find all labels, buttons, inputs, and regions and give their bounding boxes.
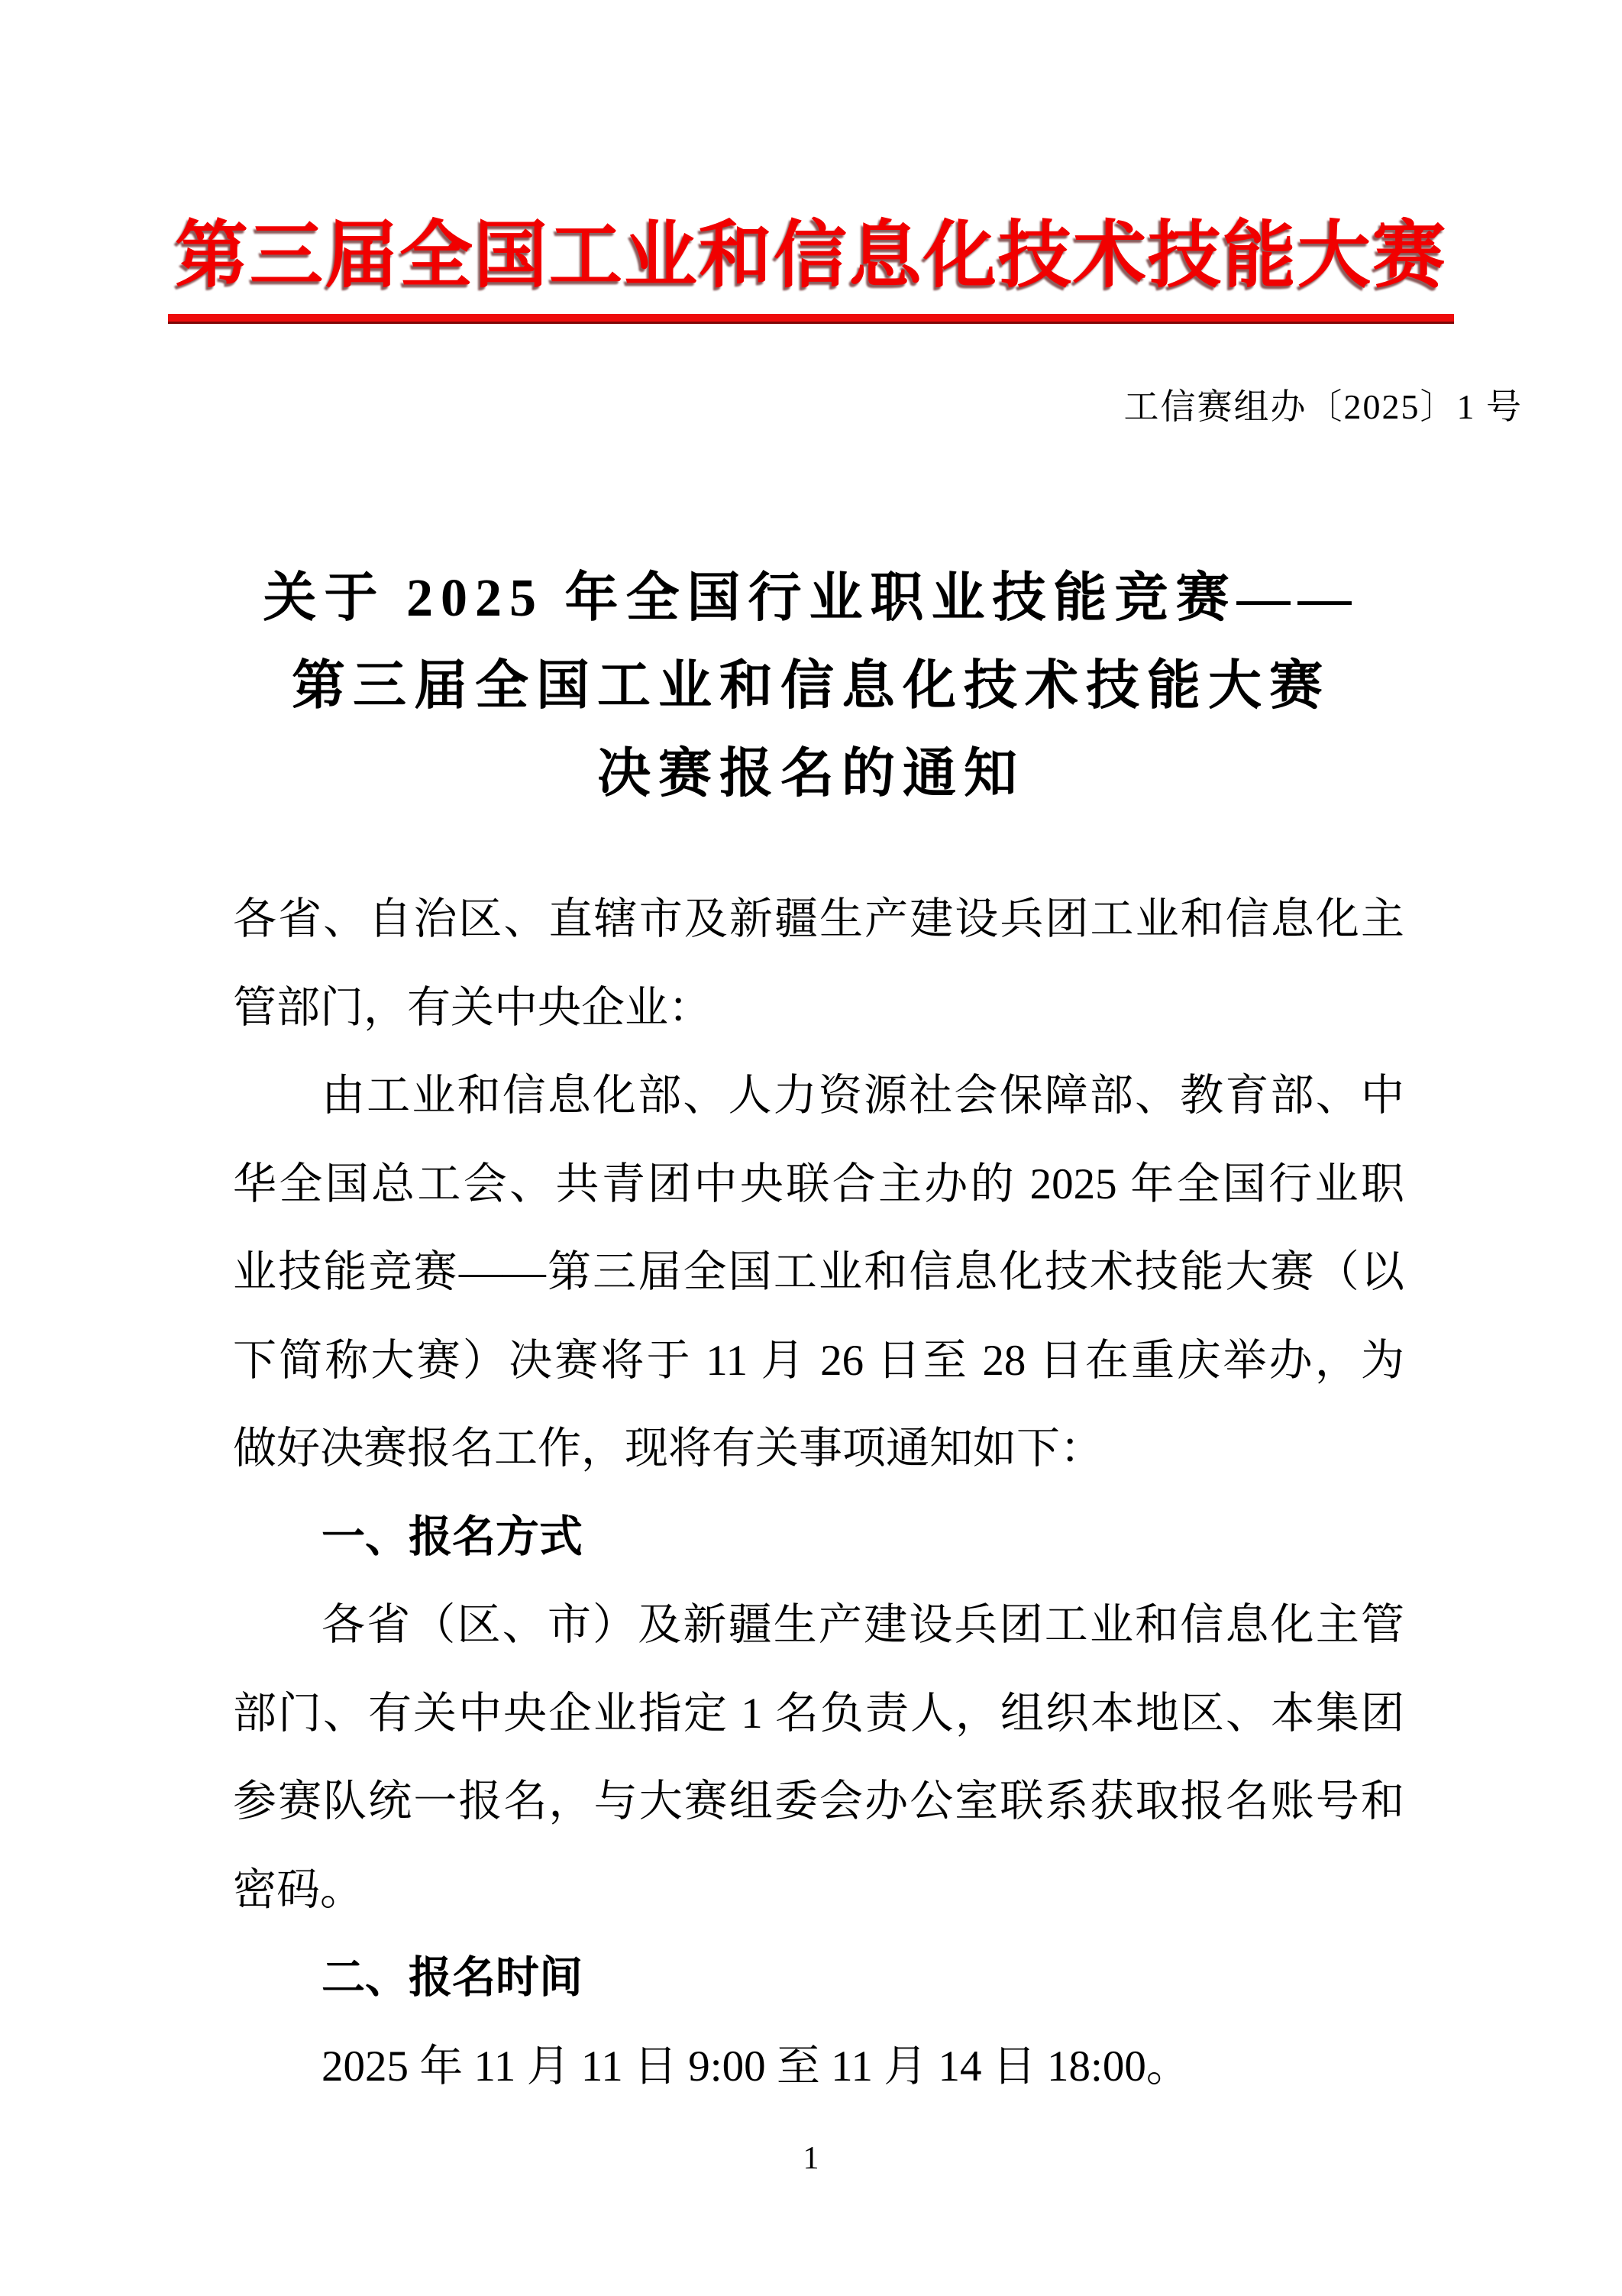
notice-title-line-1: 关于 2025 年全国行业职业技能竞赛—— [0,555,1622,642]
section-heading-2: 二、报名时间 [233,1934,1404,2023]
document-number: 工信赛组办〔2025〕1 号 [0,379,1523,429]
body-line: 华全国总工会、共青团中央联合主办的 2025 年全国行业职 [233,1140,1404,1229]
body-line: 部门、有关中央企业指定 1 名负责人，组织本地区、本集团 [233,1670,1404,1758]
body-line: 管部门，有关中央企业： [233,964,1404,1053]
letterhead-title: 第三届全国工业和信息化技术技能大赛 [0,197,1622,302]
body-line: 2025 年 11 月 11 日 9:00 至 11 月 14 日 18:00。 [233,2023,1404,2111]
body-line: 做好决赛报名工作，现将有关事项通知如下： [233,1405,1404,1493]
body-text: 各省、自治区、直辖市及新疆生产建设兵团工业和信息化主 管部门，有关中央企业： 由… [233,875,1404,2110]
body-line: 各省、自治区、直辖市及新疆生产建设兵团工业和信息化主 [233,875,1404,964]
body-line: 密码。 [233,1846,1404,1935]
body-line: 下简称大赛）决赛将于 11 月 26 日至 28 日在重庆举办，为 [233,1317,1404,1405]
notice-title-line-3: 决赛报名的通知 [0,730,1622,818]
notice-title: 关于 2025 年全国行业职业技能竞赛—— 第三届全国工业和信息化技术技能大赛 … [0,555,1622,818]
body-line: 参赛队统一报名，与大赛组委会办公室联系获取报名账号和 [233,1758,1404,1846]
body-line: 由工业和信息化部、人力资源社会保障部、教育部、中 [233,1052,1404,1140]
section-heading-1: 一、报名方式 [233,1493,1404,1582]
body-line: 各省（区、市）及新疆生产建设兵团工业和信息化主管 [233,1581,1404,1670]
page-number: 1 [0,2140,1622,2177]
document-page: 第三届全国工业和信息化技术技能大赛 工信赛组办〔2025〕1 号 关于 2025… [0,0,1622,2296]
body-line: 业技能竞赛——第三届全国工业和信息化技术技能大赛（以 [233,1228,1404,1317]
red-separator-rule [168,314,1454,324]
notice-title-line-2: 第三届全国工业和信息化技术技能大赛 [0,642,1622,730]
